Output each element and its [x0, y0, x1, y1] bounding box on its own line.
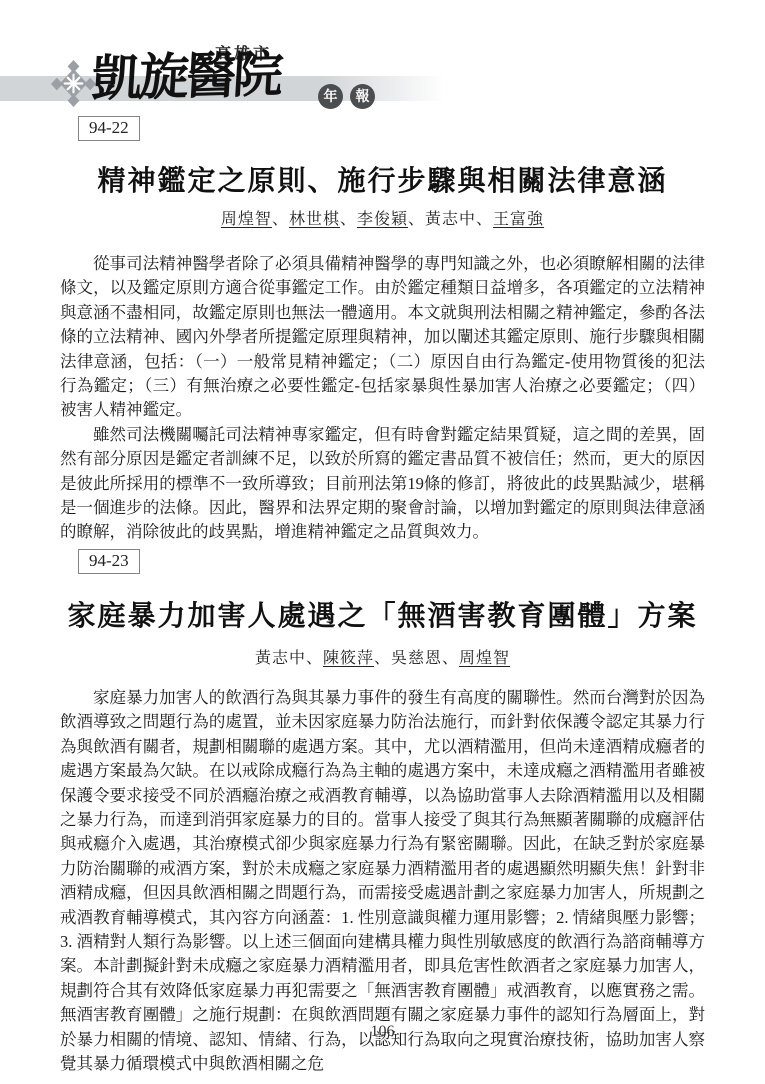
author-name: 林世棋 [289, 211, 340, 228]
abstract-code: 94-22 [78, 116, 140, 141]
author-name: 李俊穎 [357, 211, 408, 228]
page-number: 106 [0, 1023, 765, 1041]
author-name: 王富強 [493, 211, 544, 228]
abstract-paragraph: 雖然司法機關囑託司法精神專家鑑定，但有時會對鑑定結果質疑，這之間的差異，固然有部… [60, 423, 705, 545]
abstract-code: 94-23 [78, 549, 140, 574]
author-name: 周煌智 [459, 650, 510, 667]
author-name: 吳慈恩 [391, 650, 442, 667]
abstract-title: 家庭暴力加害人處遇之「無酒害教育團體」方案 [0, 594, 765, 634]
hospital-name: 凱旋醫院 [90, 48, 324, 104]
abstract-body: 家庭暴力加害人的飲酒行為與其暴力事件的發生有高度的關聯性。然而台灣對於因為飲酒導… [60, 686, 705, 1077]
abstract-authors: 黃志中、陳筱萍、吳慈恩、周煌智 [0, 645, 765, 668]
abstract-title: 精神鑑定之原則、施行步驟與相關法律意涵 [0, 159, 765, 199]
yearbook-badges: 年 報 [318, 84, 378, 109]
author-name: 陳筱萍 [323, 650, 374, 667]
yearbook-badge-year: 年 [318, 84, 343, 109]
author-name: 黃志中 [255, 650, 306, 667]
abstract-body: 從事司法精神醫學者除了必須具備精神醫學的專門知識之外，也必須瞭解相關的法律條文，… [60, 252, 705, 545]
author-name: 黃志中 [425, 211, 476, 228]
yearbook-badge-report: 報 [350, 84, 375, 109]
abstract-paragraph: 家庭暴力加害人的飲酒行為與其暴力事件的發生有高度的關聯性。然而台灣對於因為飲酒導… [60, 686, 705, 1077]
author-name: 周煌智 [221, 211, 272, 228]
abstract-authors: 周煌智、林世棋、李俊穎、黃志中、王富強 [0, 206, 765, 229]
page: 高雄市 凱旋醫院 年 報 94-22 精神鑑定之原則、施行步驟與相關法律意涵 周… [0, 0, 765, 1084]
abstract-paragraph: 從事司法精神醫學者除了必須具備精神醫學的專門知識之外，也必須瞭解相關的法律條文，… [60, 252, 705, 423]
